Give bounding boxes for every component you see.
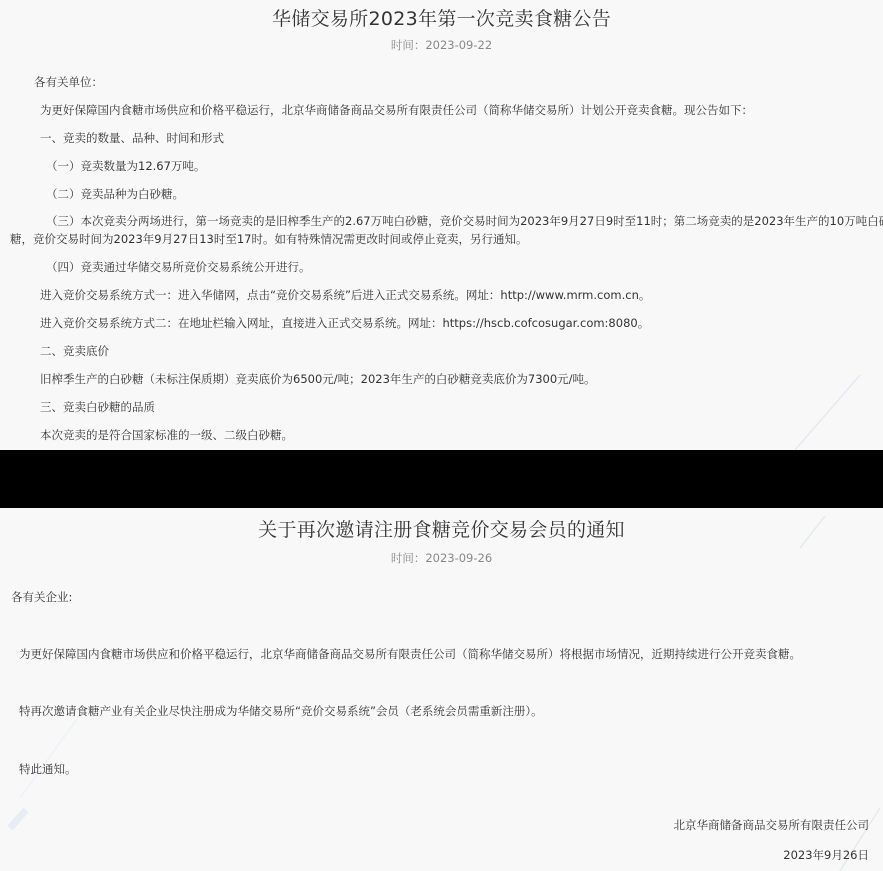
- announcement-panel-1: 华储交易所2023年第一次竞卖食糖公告 时间：2023-09-22 各有关单位：…: [0, 0, 883, 450]
- access-method-2: 进入竞价交易系统方式二：在地址栏输入网址，直接进入正式交易系统。网址：https…: [40, 316, 649, 331]
- closing-line: 特此通知。: [19, 762, 77, 777]
- notice-paragraph-2: 特再次邀请食糖产业有关企业尽快注册成为华储交易所“竞价交易系统”会员（老系统会员…: [19, 704, 543, 719]
- reserve-price-text: 旧榨季生产的白砂糖（未标注保质期）竞卖底价为6500元/吨；2023年生产的白砂…: [40, 372, 596, 387]
- announcement-panel-2: 关于再次邀请注册食糖竞价交易会员的通知 时间：2023-09-26 各有关企业:…: [0, 508, 883, 871]
- page-title: 华储交易所2023年第一次竞卖食糖公告: [0, 4, 883, 31]
- intro-paragraph: 为更好保障国内食糖市场供应和价格平稳运行，北京华商储备商品交易所有限责任公司（简…: [40, 103, 753, 118]
- signature-date: 2023年9月26日: [783, 848, 869, 863]
- section-heading-3: 三、竞卖白砂糖的品质: [40, 400, 155, 415]
- section-heading-1: 一、竞卖的数量、品种、时间和形式: [40, 131, 224, 146]
- salutation: 各有关单位：: [34, 75, 103, 90]
- page-title: 关于再次邀请注册食糖竞价交易会员的通知: [0, 515, 883, 542]
- divider-band: [0, 450, 883, 508]
- salutation: 各有关企业:: [11, 590, 72, 605]
- item-quantity: （一）竞卖数量为12.67万吨。: [46, 159, 205, 174]
- publish-date: 时间：2023-09-26: [0, 550, 883, 566]
- access-method-1: 进入竞价交易系统方式一：进入华储网，点击“竞价交易系统”后进入正式交易系统。网址…: [40, 288, 650, 303]
- item-format: （四）竞卖通过华储交易所竞价交易系统公开进行。: [46, 260, 311, 275]
- signature-organization: 北京华商储备商品交易所有限责任公司: [674, 818, 870, 833]
- section-heading-2: 二、竞卖底价: [40, 344, 109, 359]
- item-schedule-line2: 糖，竞价交易时间为2023年9月27日13时至17时。如有特殊情况需更改时间或停…: [10, 232, 527, 247]
- item-schedule-line1: （三）本次竞卖分两场进行，第一场竞卖的是旧榨季生产的2.67万吨白砂糖，竞价交易…: [46, 214, 883, 229]
- notice-paragraph-1: 为更好保障国内食糖市场供应和价格平稳运行，北京华商储备商品交易所有限责任公司（简…: [19, 647, 801, 662]
- quality-text: 本次竞卖的是符合国家标准的一级、二级白砂糖。: [40, 428, 293, 443]
- item-variety: （二）竞卖品种为白砂糖。: [46, 187, 184, 202]
- publish-date: 时间：2023-09-22: [0, 37, 883, 53]
